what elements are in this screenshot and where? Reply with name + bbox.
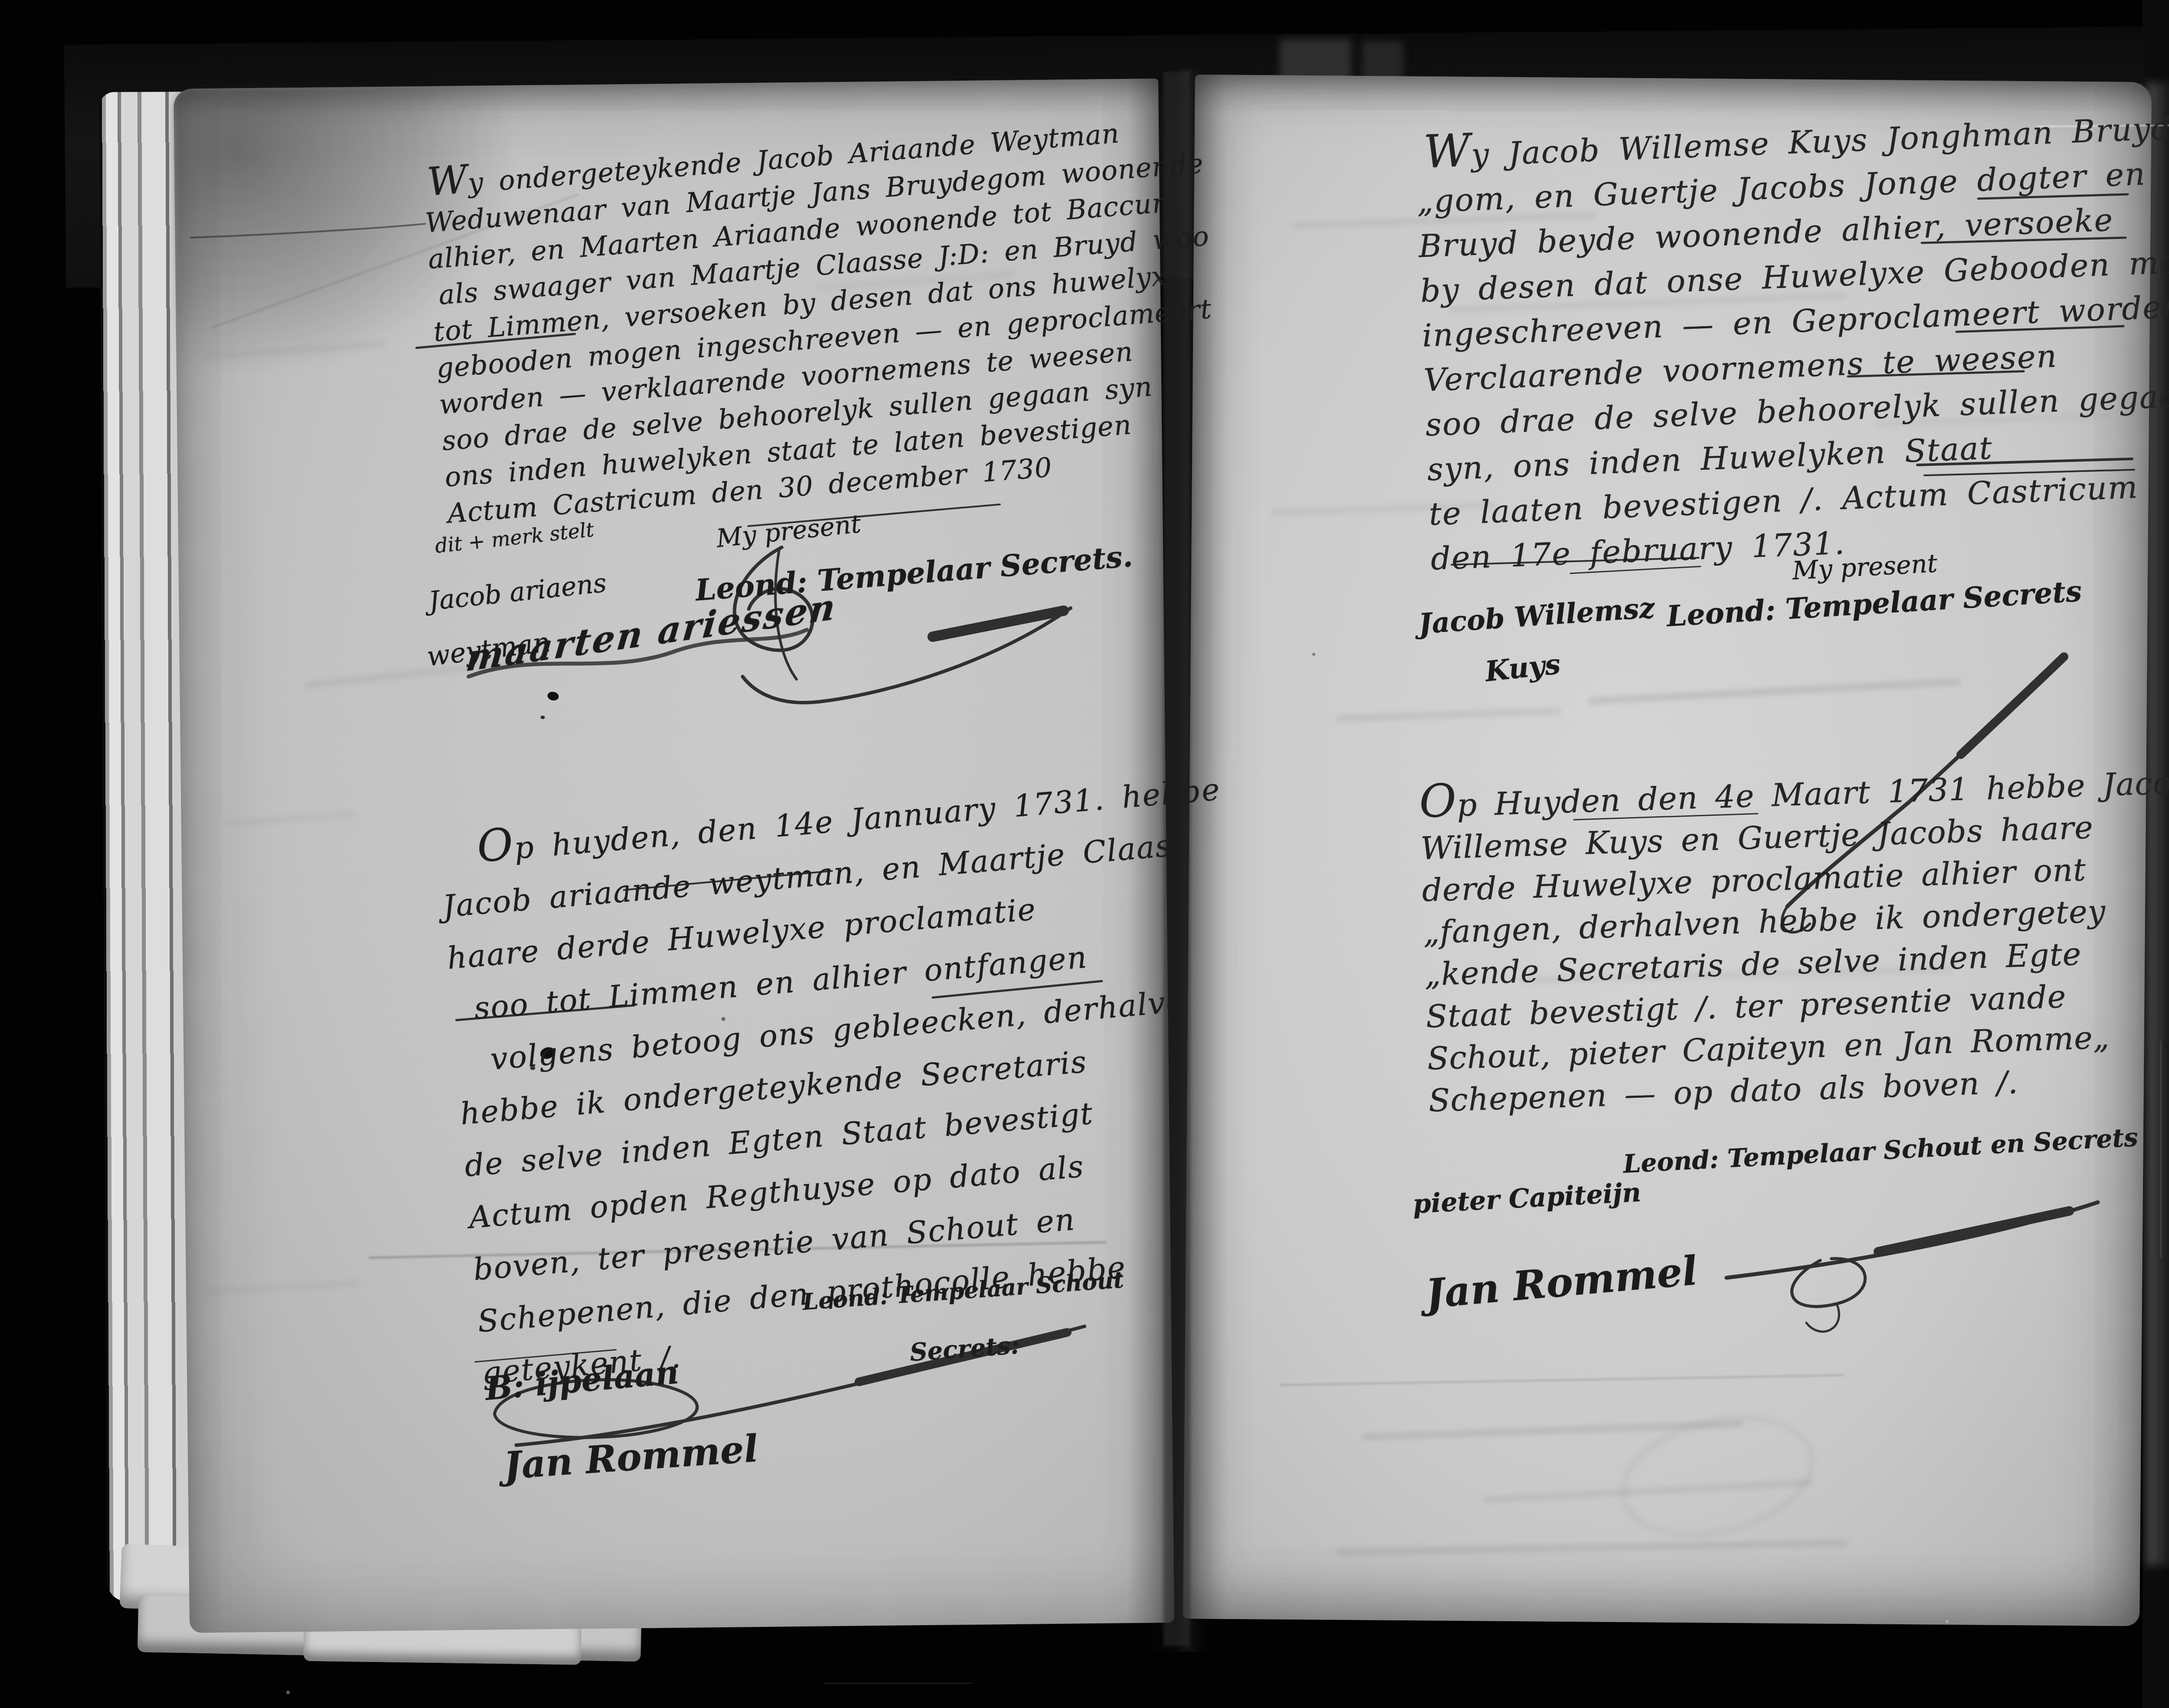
ink-flourishes: [0, 0, 2169, 1708]
signature-flourish-heavy: [1878, 1211, 2069, 1252]
signature-loop: [1806, 1304, 1839, 1332]
trailing-rule: [1848, 371, 2024, 376]
strike-through-limmen: [456, 1005, 634, 1020]
strike-through-limmen: [416, 334, 575, 348]
trailing-rule: [1978, 194, 2128, 199]
underline-date-feb-1731: [1570, 566, 1700, 573]
underline-date-maart-1731: [1574, 814, 1758, 820]
signature-monogram-loop: [734, 547, 813, 650]
underline-date-feb-1731: [1451, 558, 1699, 565]
signature-monogram-loop: [775, 550, 796, 679]
pen-tail: [191, 224, 425, 238]
signature-flourish-heavy: [1961, 657, 2064, 755]
trailing-rule: [1922, 238, 2126, 243]
trailing-rule: [1956, 326, 2123, 332]
trailing-rule: [1924, 470, 2134, 475]
underline-date-1730: [748, 504, 1000, 526]
signature-flourish: [1782, 906, 1810, 932]
trailing-rule: [933, 981, 1102, 998]
trailing-rule: [1917, 459, 2132, 465]
photo-background: Wy ondergeteykende Jacob Ariaande Weytma…: [0, 0, 2169, 1708]
signature-flourish-heavy: [859, 1332, 1067, 1382]
signature-ellipse-loop: [495, 1380, 697, 1437]
underline-geteykent: [475, 1350, 616, 1362]
underline-date-jan-1731: [624, 871, 832, 890]
scrawl-stroke: [469, 630, 807, 677]
